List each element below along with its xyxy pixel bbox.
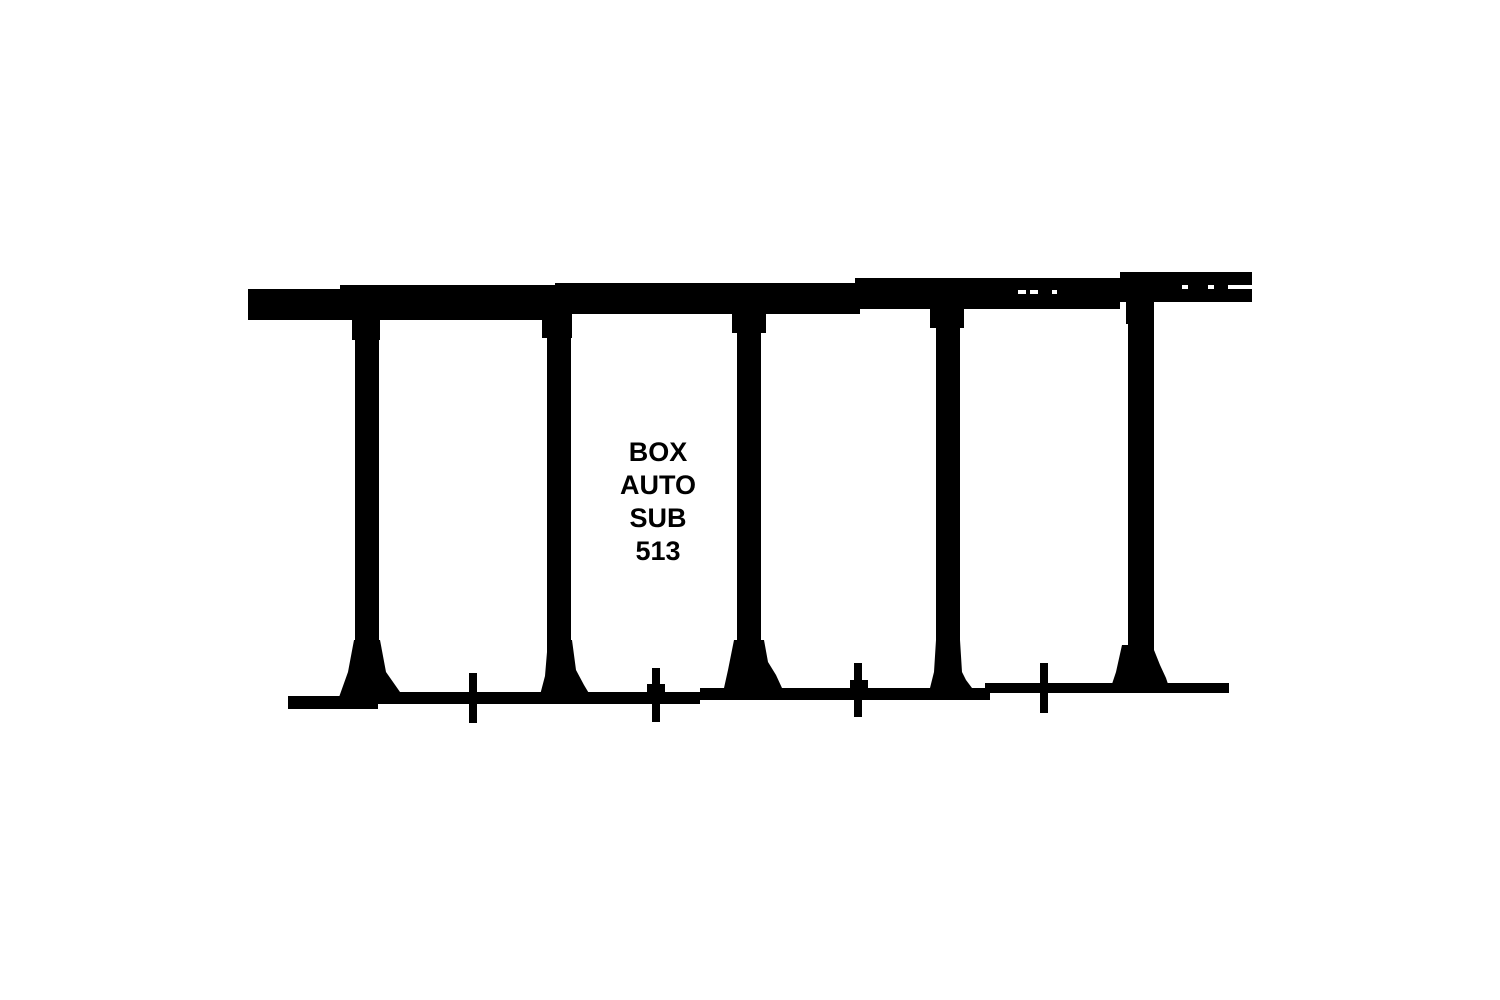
tick-2	[647, 668, 665, 722]
rack-diagram	[0, 0, 1500, 1000]
post-2	[540, 310, 590, 695]
box-label-line-3: SUB	[592, 502, 724, 535]
tick-4	[1040, 663, 1048, 713]
box-label-line-4: 513	[592, 535, 724, 568]
post-4	[930, 302, 972, 688]
tick-1	[469, 673, 477, 723]
tick-3	[850, 663, 868, 717]
post-5	[1110, 298, 1170, 690]
box-label-line-2: AUTO	[592, 469, 724, 502]
box-label-line-1: BOX	[592, 436, 724, 469]
box-label: BOX AUTO SUB 513	[592, 436, 724, 568]
post-3	[724, 305, 782, 688]
post-1	[338, 312, 408, 700]
